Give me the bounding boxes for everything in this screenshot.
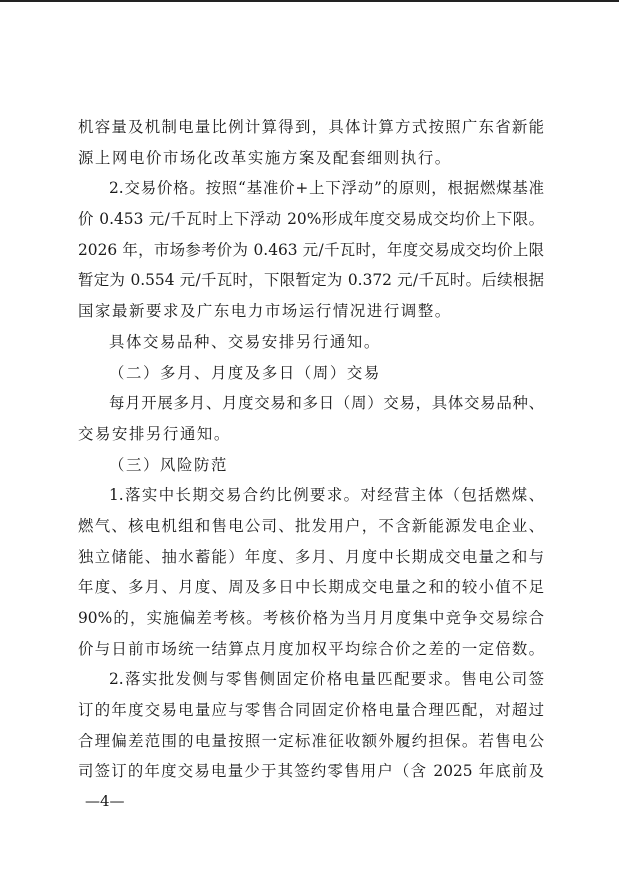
text-line: 90%的，实施偏差考核。考核价格为当月月度集中竞争交易综合 (78, 603, 544, 634)
text-line: 具体交易品种、交易安排另行通知。 (78, 327, 544, 358)
section-heading: （三）风险防范 (78, 450, 544, 481)
top-border-rule (0, 0, 619, 2)
text-line: 价与日前市场统一结算点月度加权平均综合价之差的一定倍数。 (78, 634, 544, 665)
text-line: 国家最新要求及广东电力市场运行情况进行调整。 (78, 296, 544, 327)
text-line: 订的年度交易电量应与零售合同固定价格电量合理匹配，对超过 (78, 695, 544, 726)
text-line: 合理偏差范围的电量按照一定标准征收额外履约担保。若售电公 (78, 726, 544, 757)
text-line: 1.落实中长期交易合约比例要求。对经营主体（包括燃煤、 (78, 480, 544, 511)
text-line: 交易安排另行通知。 (78, 419, 544, 450)
text-line: 2.交易价格。按照“基准价+上下浮动”的原则，根据燃煤基准 (78, 173, 544, 204)
text-line: 2.落实批发侧与零售侧固定价格电量匹配要求。售电公司签 (78, 664, 544, 695)
page-number: —4— (85, 792, 125, 810)
text-line: 2026 年，市场参考价为 0.463 元/千瓦时，年度交易成交均价上限 (78, 235, 544, 266)
text-line: 每月开展多月、月度交易和多日（周）交易，具体交易品种、 (78, 388, 544, 419)
section-heading: （二）多月、月度及多日（周）交易 (78, 358, 544, 389)
text-line: 机容量及机制电量比例计算得到，具体计算方式按照广东省新能 (78, 112, 544, 143)
text-line: 司签订的年度交易电量少于其签约零售用户（含 2025 年底前及 (78, 756, 544, 787)
text-line: 独立储能、抽水蓄能）年度、多月、月度中长期成交电量之和与 (78, 542, 544, 573)
text-line: 燃气、核电机组和售电公司、批发用户，不含新能源发电企业、 (78, 511, 544, 542)
text-line: 暂定为 0.554 元/千瓦时，下限暂定为 0.372 元/千瓦时。后续根据 (78, 265, 544, 296)
text-line: 年度、多月、月度、周及多日中长期成交电量之和的较小值不足 (78, 572, 544, 603)
text-line: 价 0.453 元/千瓦时上下浮动 20%形成年度交易成交均价上下限。 (78, 204, 544, 235)
document-body: 机容量及机制电量比例计算得到，具体计算方式按照广东省新能 源上网电价市场化改革实… (78, 112, 544, 787)
text-line: 源上网电价市场化改革实施方案及配套细则执行。 (78, 143, 544, 174)
